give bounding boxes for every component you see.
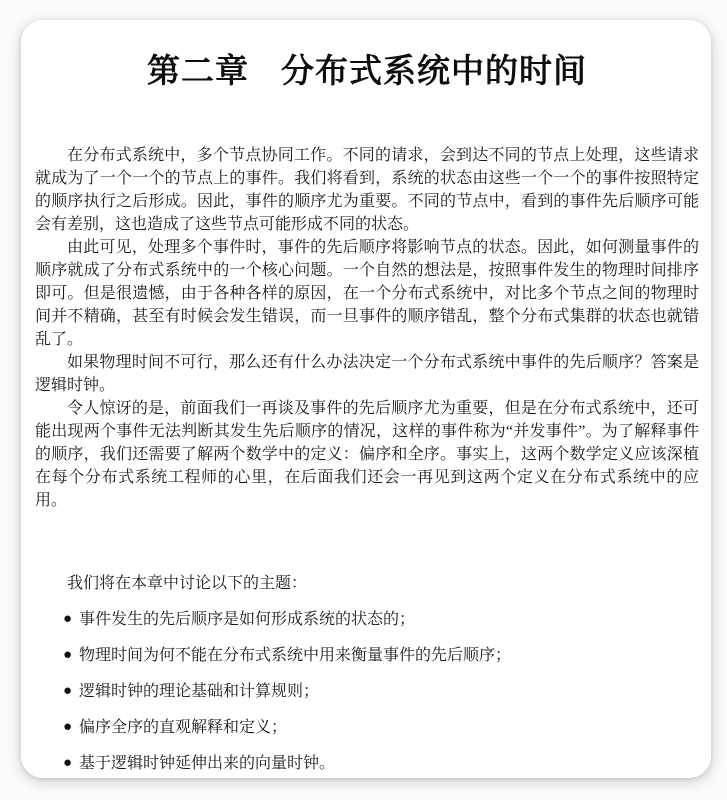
chapter-heading: 第二章分布式系统中的时间: [35, 52, 699, 90]
topic-text: 基于逻辑时钟延伸出来的向量时钟。: [79, 752, 699, 775]
body-paragraph: 由此可见，处理多个事件时，事件的先后顺序将影响节点的状态。因此，如何测量事件的顺…: [35, 236, 699, 351]
topic-text: 事件发生的先后顺序是如何形成系统的状态的；: [79, 608, 699, 631]
topic-item: ●逻辑时钟的理论基础和计算规则；: [35, 680, 699, 703]
body-paragraph: 如果物理时间不可行，那么还有什么办法决定一个分布式系统中事件的先后顺序？答案是逻…: [35, 351, 699, 397]
topic-item: ●偏序全序的直观解释和定义；: [35, 716, 699, 739]
chapter-number: 第二章: [147, 52, 249, 89]
topic-item: ●基于逻辑时钟延伸出来的向量时钟。: [35, 752, 699, 775]
bullet-icon: ●: [63, 752, 79, 775]
book-page: 第二章分布式系统中的时间 在分布式系统中，多个节点协同工作。不同的请求，会到达不…: [21, 20, 711, 778]
topic-item: ●物理时间为何不能在分布式系统中用来衡量事件的先后顺序；: [35, 644, 699, 667]
chapter-title: 分布式系统中的时间: [281, 52, 587, 89]
topic-item: ●事件发生的先后顺序是如何形成系统的状态的；: [35, 608, 699, 631]
bullet-icon: ●: [63, 680, 79, 703]
topics-intro: 我们将在本章中讨论以下的主题：: [35, 572, 699, 595]
topic-text: 偏序全序的直观解释和定义；: [79, 716, 699, 739]
topic-text: 物理时间为何不能在分布式系统中用来衡量事件的先后顺序；: [79, 644, 699, 667]
bullet-icon: ●: [63, 644, 79, 667]
chapter-body: 在分布式系统中，多个节点协同工作。不同的请求，会到达不同的节点上处理，这些请求就…: [35, 144, 699, 512]
topics-list: ●事件发生的先后顺序是如何形成系统的状态的；●物理时间为何不能在分布式系统中用来…: [35, 608, 699, 775]
page-background: 第二章分布式系统中的时间 在分布式系统中，多个节点协同工作。不同的请求，会到达不…: [0, 0, 727, 800]
bullet-icon: ●: [63, 608, 79, 631]
topic-text: 逻辑时钟的理论基础和计算规则；: [79, 680, 699, 703]
body-paragraph: 在分布式系统中，多个节点协同工作。不同的请求，会到达不同的节点上处理，这些请求就…: [35, 144, 699, 236]
body-paragraph: 令人惊讶的是，前面我们一再谈及事件的先后顺序尤为重要，但是在分布式系统中，还可能…: [35, 397, 699, 512]
bullet-icon: ●: [63, 716, 79, 739]
